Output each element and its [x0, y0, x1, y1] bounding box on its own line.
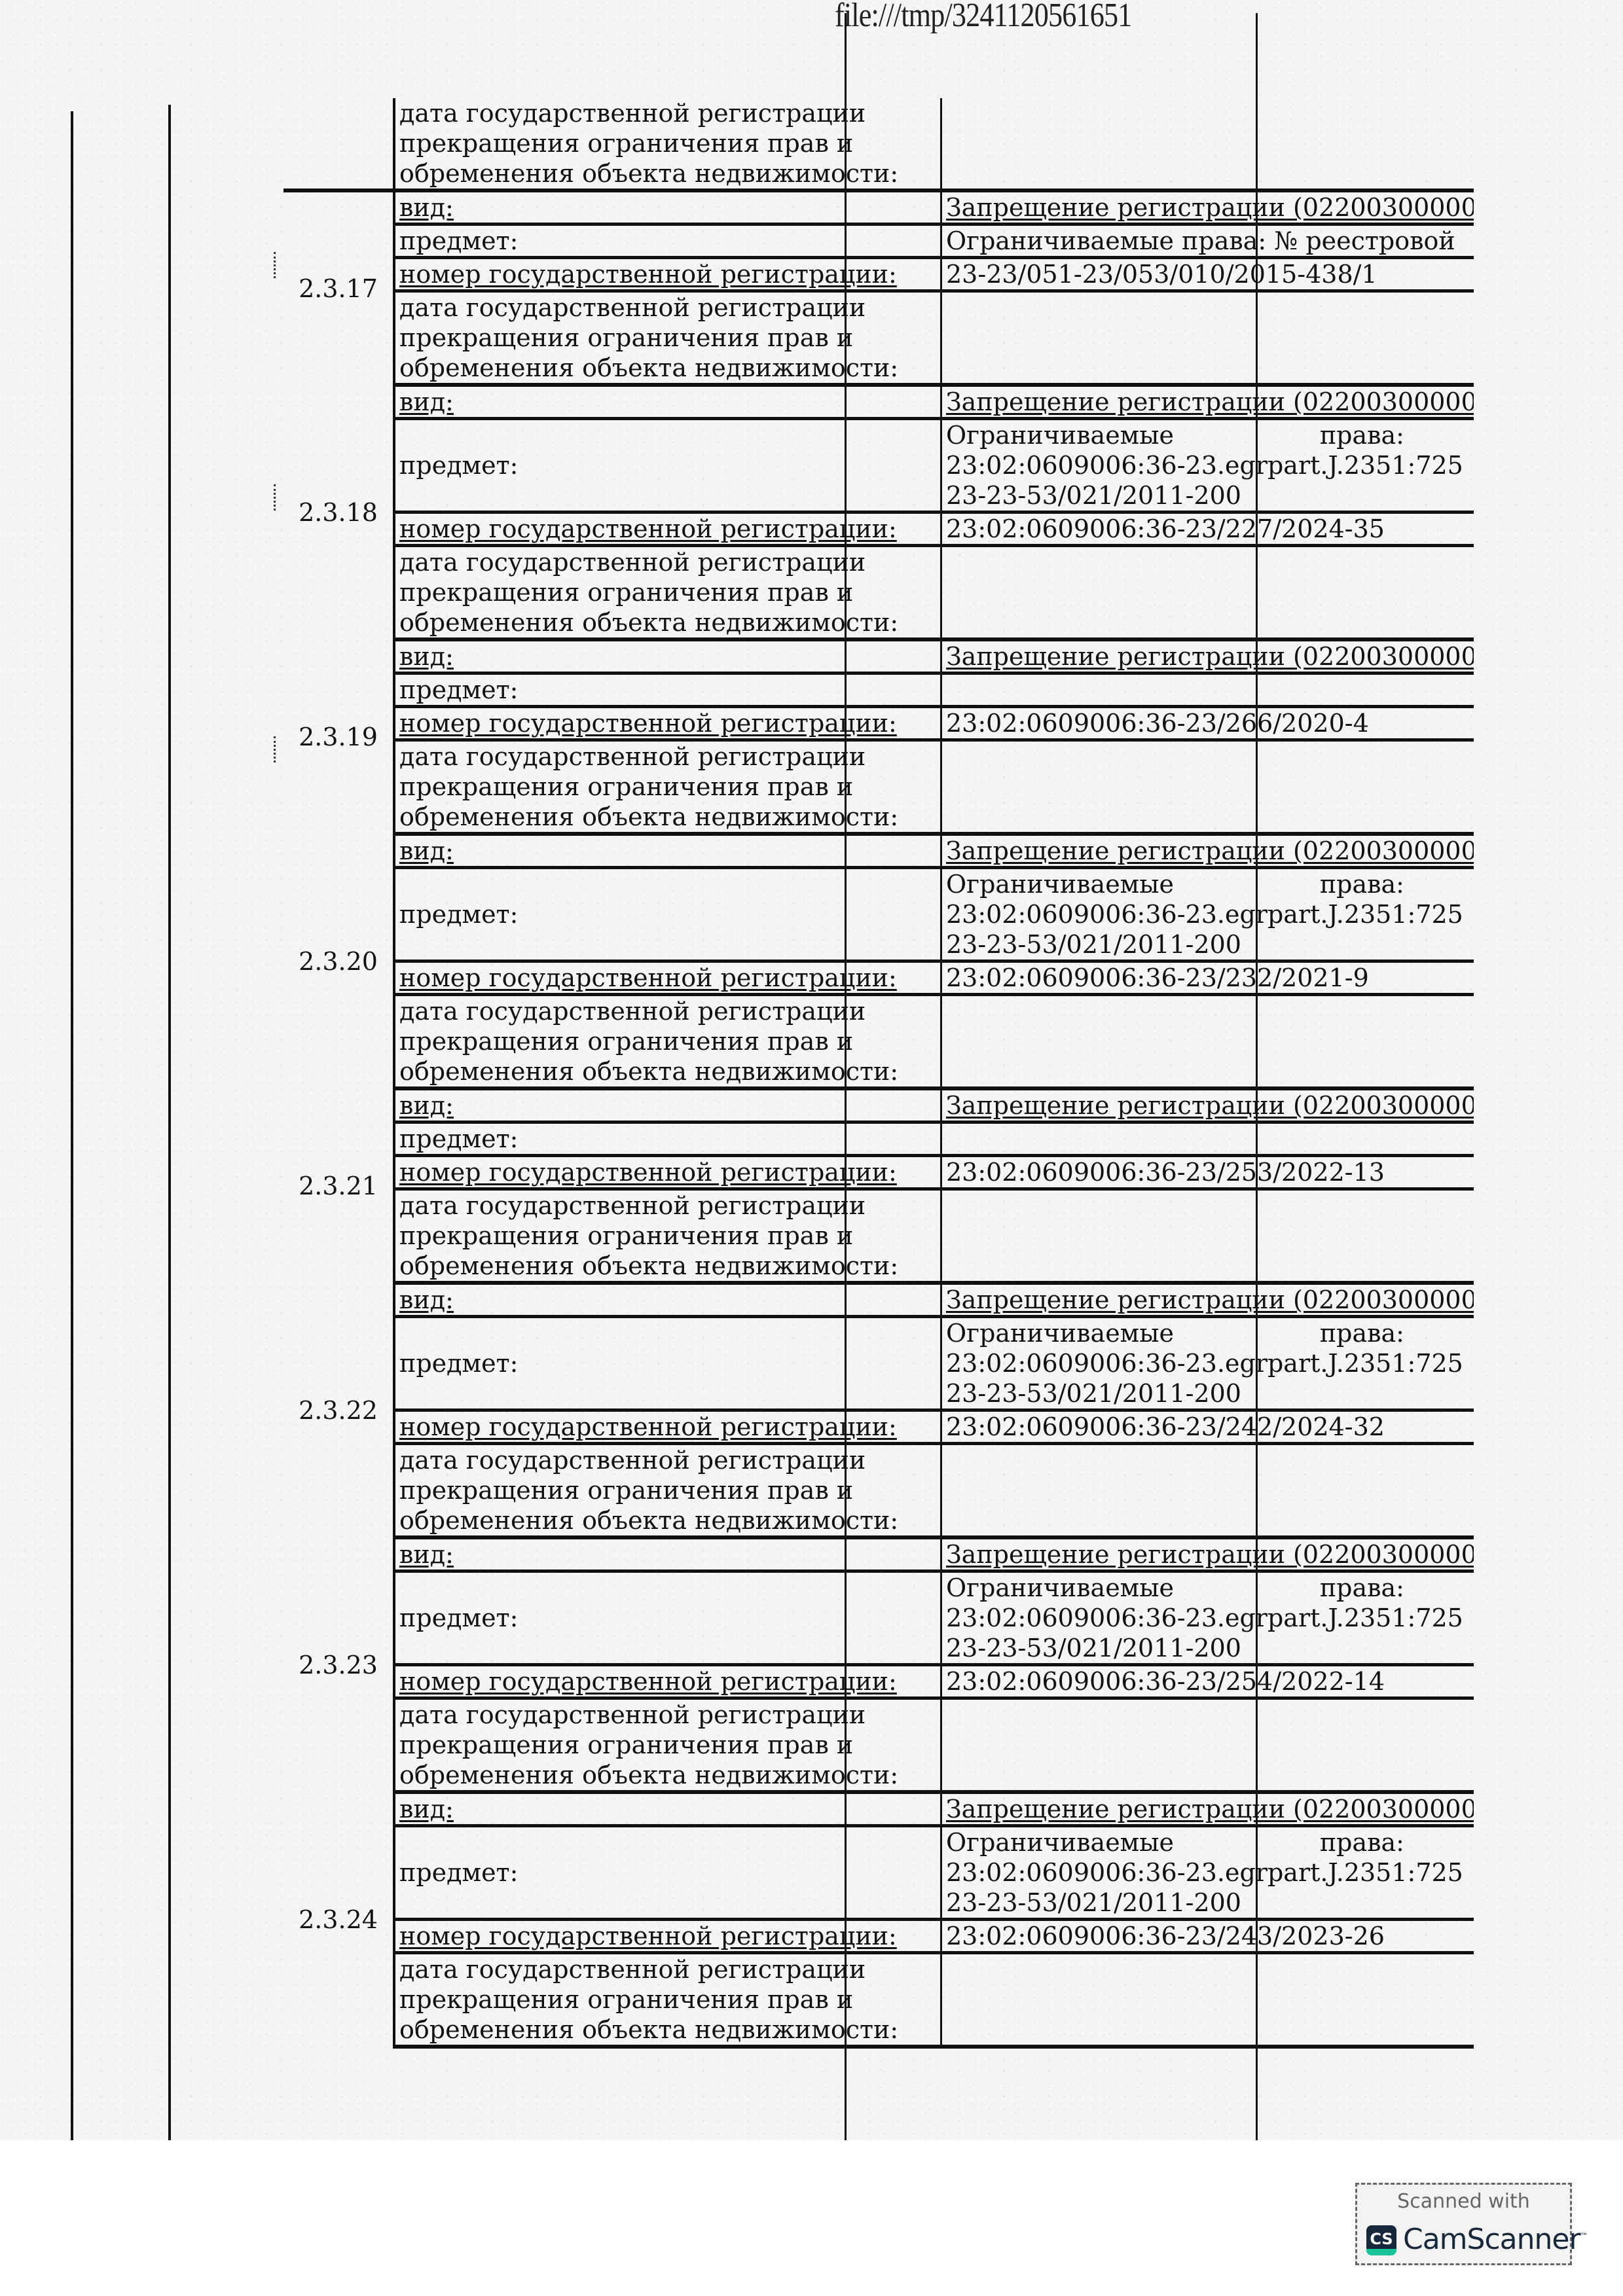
label-predmet: предмет:	[394, 1571, 941, 1665]
label-vid: вид:	[394, 1283, 941, 1317]
value-vid: Запрещение регистрации (02200300000	[941, 385, 1474, 419]
label-data-prekrashcheniya: дата государственной регистрации прекращ…	[394, 98, 941, 190]
label-data-prekrashcheniya: дата государственной регистрациипрекраще…	[394, 740, 941, 834]
label-nomer: номер государственной регистрации:	[394, 512, 941, 546]
value-vid: Запрещение регистрации (02200300000	[941, 1537, 1474, 1571]
watermark-caption: Scanned with	[1357, 2190, 1570, 2213]
value-predmet: Ограничиваемыеправа: 23:02:0609006:36-23…	[941, 1571, 1474, 1665]
value-nomer: 23:02:0609006:36-23/266/2020-4	[941, 707, 1474, 740]
label-nomer: номер государственной регистрации:	[394, 1920, 941, 1953]
label-nomer: номер государственной регистрации:	[394, 1665, 941, 1698]
restrictions-table: дата государственной регистрации прекращ…	[283, 98, 1474, 2049]
watermark-brand: CamScanner™	[1403, 2223, 1588, 2256]
table-row-vid: 2.3.24 вид: Запрещение регистрации (0220…	[283, 1792, 1474, 1826]
table-row-nomer: номер государственной регистрации: 23:02…	[283, 707, 1474, 740]
camscanner-logo-icon: CS	[1366, 2225, 1396, 2255]
label-data-prekrashcheniya: дата государственной регистрациипрекраще…	[394, 1953, 941, 2047]
label-predmet: предмет:	[394, 1317, 941, 1410]
label-predmet: предмет:	[394, 673, 941, 707]
table-row-predmet: предмет: Ограничиваемые права: № реестро…	[283, 224, 1474, 258]
table-row-continuation: дата государственной регистрации прекращ…	[283, 98, 1474, 190]
label-vid: вид:	[394, 1537, 941, 1571]
value-predmet: Ограничиваемыеправа: 23:02:0609006:36-23…	[941, 868, 1474, 961]
value-nomer: 23:02:0609006:36-23/242/2024-32	[941, 1410, 1474, 1444]
value-predmet	[941, 1122, 1474, 1156]
label-data-prekrashcheniya: дата государственной регистрациипрекраще…	[394, 1189, 941, 1283]
table-row-predmet: предмет: Ограничиваемыеправа: 23:02:0609…	[283, 419, 1474, 512]
value-nomer: 23:02:0609006:36-23/254/2022-14	[941, 1665, 1474, 1698]
table-row-data-prekrashcheniya: дата государственной регистрациипрекраще…	[283, 1444, 1474, 1538]
value-nomer: 23:02:0609006:36-23/253/2022-13	[941, 1156, 1474, 1189]
value-data-prekrashcheniya	[941, 1444, 1474, 1538]
value-vid: Запрещение регистрации (02200300000	[941, 190, 1474, 224]
value-vid: Запрещение регистрации (02200300000	[941, 639, 1474, 673]
table-row-vid: 2.3.17 вид: Запрещение регистрации (0220…	[283, 190, 1474, 224]
value-data-prekrashcheniya	[941, 1698, 1474, 1793]
table-row-nomer: номер государственной регистрации: 23:02…	[283, 961, 1474, 995]
label-data-prekrashcheniya: дата государственной регистрациипрекраще…	[394, 995, 941, 1089]
camscanner-watermark: Scanned with CS CamScanner™	[1355, 2183, 1572, 2265]
table-row-nomer: номер государственной регистрации: 23:02…	[283, 1156, 1474, 1189]
value-vid: Запрещение регистрации (02200300000	[941, 834, 1474, 868]
value-data-prekrashcheniya	[941, 291, 1474, 386]
label-predmet: предмет:	[394, 224, 941, 258]
value-nomer: 23:02:0609006:36-23/227/2024-35	[941, 512, 1474, 546]
label-vid: вид:	[394, 1088, 941, 1122]
value-data-prekrashcheniya	[941, 546, 1474, 640]
value-data-prekrashcheniya	[941, 740, 1474, 834]
label-vid: вид:	[394, 834, 941, 868]
label-predmet: предмет:	[394, 1122, 941, 1156]
table-row-nomer: номер государственной регистрации: 23:02…	[283, 512, 1474, 546]
label-data-prekrashcheniya: дата государственной регистрациипрекраще…	[394, 546, 941, 640]
table-row-nomer: номер государственной регистрации: 23:02…	[283, 1410, 1474, 1444]
record-number: 2.3.23	[283, 1537, 394, 1792]
table-row-vid: 2.3.18 вид: Запрещение регистрации (0220…	[283, 385, 1474, 419]
table-row-nomer: номер государственной регистрации: 23:02…	[283, 1920, 1474, 1953]
table-row-vid: 2.3.21 вид: Запрещение регистрации (0220…	[283, 1088, 1474, 1122]
table-row-data-prekrashcheniya: дата государственной регистрациипрекраще…	[283, 740, 1474, 834]
value-data-prekrashcheniya	[941, 1189, 1474, 1283]
record-number: 2.3.22	[283, 1283, 394, 1537]
value-data-prekrashcheniya	[941, 995, 1474, 1089]
table-row-data-prekrashcheniya: дата государственной регистрациипрекраще…	[283, 1189, 1474, 1283]
value-predmet	[941, 673, 1474, 707]
table-row-nomer: номер государственной регистрации: 23-23…	[283, 258, 1474, 291]
record-number: 2.3.20	[283, 834, 394, 1088]
table-row-predmet: предмет:	[283, 673, 1474, 707]
label-predmet: предмет:	[394, 868, 941, 961]
value-nomer: 23:02:0609006:36-23/232/2021-9	[941, 961, 1474, 995]
table-row-predmet: предмет: Ограничиваемыеправа: 23:02:0609…	[283, 1826, 1474, 1920]
table-row-nomer: номер государственной регистрации: 23:02…	[283, 1665, 1474, 1698]
margin-line	[168, 105, 171, 2140]
header-url-fragment: file:///tmp/3241120561651	[835, 0, 1131, 35]
label-vid: вид:	[394, 1792, 941, 1826]
value-predmet: Ограничиваемыеправа: 23:02:0609006:36-23…	[941, 1317, 1474, 1410]
binding-mark	[274, 252, 282, 278]
record-number: 2.3.19	[283, 639, 394, 834]
label-predmet: предмет:	[394, 419, 941, 512]
label-nomer: номер государственной регистрации:	[394, 1410, 941, 1444]
label-vid: вид:	[394, 190, 941, 224]
label-nomer: номер государственной регистрации:	[394, 961, 941, 995]
label-nomer: номер государственной регистрации:	[394, 1156, 941, 1189]
binding-mark	[274, 736, 282, 762]
record-number: 2.3.21	[283, 1088, 394, 1283]
table-row-vid: 2.3.22 вид: Запрещение регистрации (0220…	[283, 1283, 1474, 1317]
table-row-predmet: предмет: Ограничиваемыеправа: 23:02:0609…	[283, 1317, 1474, 1410]
label-data-prekrashcheniya: дата государственной регистрациипрекраще…	[394, 1698, 941, 1793]
table-row-predmet: предмет: Ограничиваемыеправа: 23:02:0609…	[283, 868, 1474, 961]
value-predmet: Ограничиваемыеправа: 23:02:0609006:36-23…	[941, 1826, 1474, 1920]
record-number: 2.3.24	[283, 1792, 394, 2047]
margin-line	[71, 111, 73, 2140]
value-data-prekrashcheniya	[941, 1953, 1474, 2047]
value-nomer: 23:02:0609006:36-23/243/2023-26	[941, 1920, 1474, 1953]
record-number: 2.3.18	[283, 385, 394, 639]
value-nomer: 23-23/051-23/053/010/2015-438/1	[941, 258, 1474, 291]
table-row-vid: 2.3.19 вид: Запрещение регистрации (0220…	[283, 639, 1474, 673]
table-row-data-prekrashcheniya: дата государственной регистрациипрекраще…	[283, 1698, 1474, 1793]
value-predmet: Ограничиваемые права: № реестровой	[941, 224, 1474, 258]
label-vid: вид:	[394, 639, 941, 673]
value-vid: Запрещение регистрации (02200300000	[941, 1283, 1474, 1317]
scanned-page: file:///tmp/3241120561651 дата государст…	[0, 0, 1623, 2140]
table-row-predmet: предмет:	[283, 1122, 1474, 1156]
table-row-data-prekrashcheniya: дата государственной регистрациипрекраще…	[283, 546, 1474, 640]
table-row-vid: 2.3.20 вид: Запрещение регистрации (0220…	[283, 834, 1474, 868]
label-vid: вид:	[394, 385, 941, 419]
label-predmet: предмет:	[394, 1826, 941, 1920]
label-data-prekrashcheniya: дата государственной регистрациипрекраще…	[394, 291, 941, 386]
label-nomer: номер государственной регистрации:	[394, 258, 941, 291]
table-row-data-prekrashcheniya: дата государственной регистрациипрекраще…	[283, 291, 1474, 386]
record-number: 2.3.17	[283, 190, 394, 385]
label-nomer: номер государственной регистрации:	[394, 707, 941, 740]
table-row-data-prekrashcheniya: дата государственной регистрациипрекраще…	[283, 995, 1474, 1089]
table-row-predmet: предмет: Ограничиваемыеправа: 23:02:0609…	[283, 1571, 1474, 1665]
binding-mark	[274, 484, 282, 511]
table-row-data-prekrashcheniya: дата государственной регистрациипрекраще…	[283, 1953, 1474, 2047]
table-row-vid: 2.3.23 вид: Запрещение регистрации (0220…	[283, 1537, 1474, 1571]
value-vid: Запрещение регистрации (02200300000	[941, 1088, 1474, 1122]
value-vid: Запрещение регистрации (02200300000	[941, 1792, 1474, 1826]
value-predmet: Ограничиваемыеправа: 23:02:0609006:36-23…	[941, 419, 1474, 512]
label-data-prekrashcheniya: дата государственной регистрациипрекраще…	[394, 1444, 941, 1538]
